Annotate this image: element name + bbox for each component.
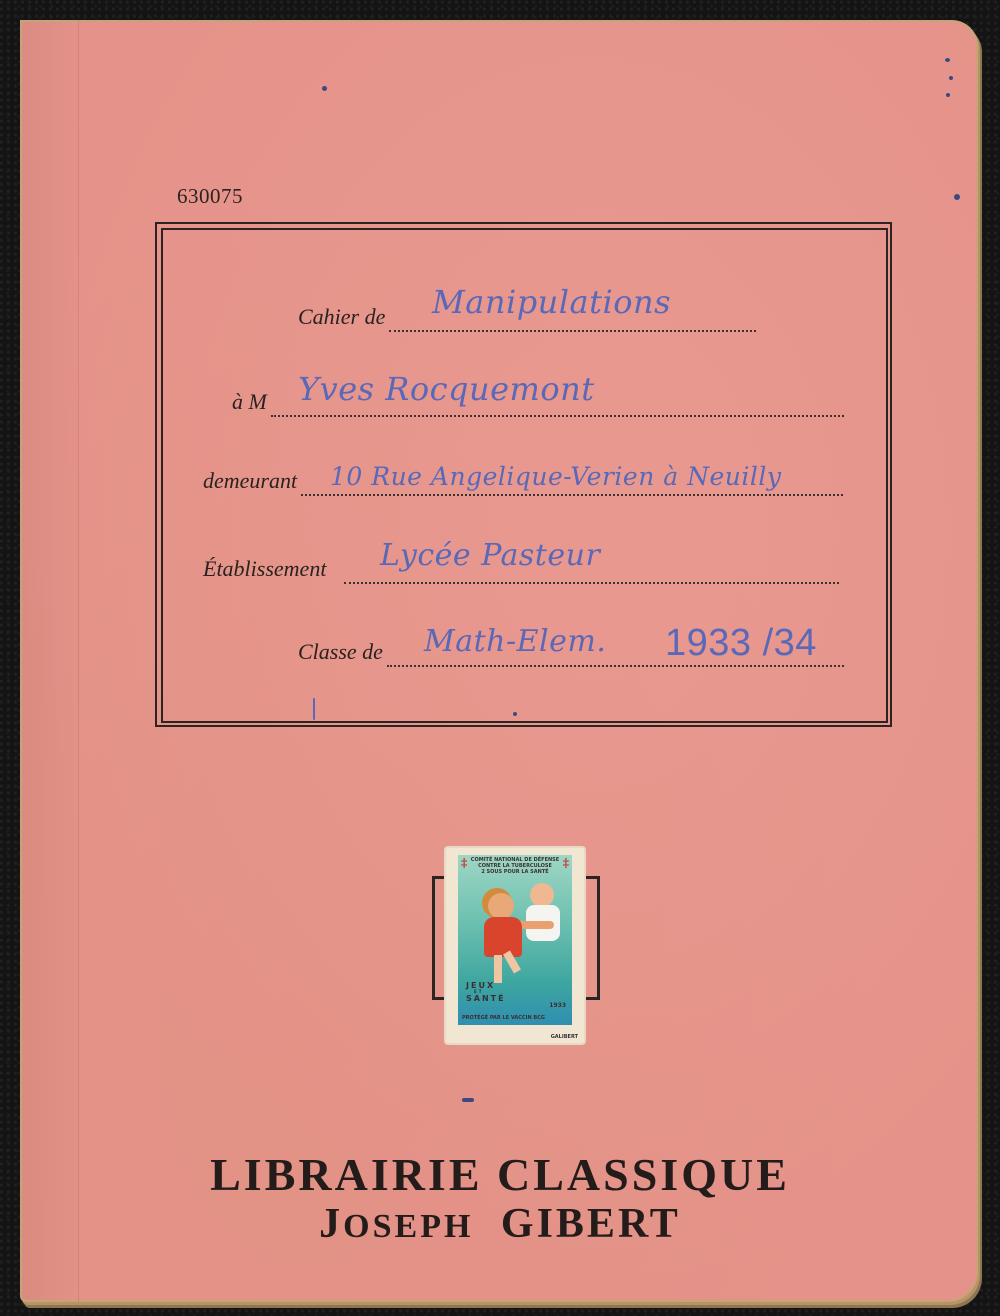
field-school-label: Établissement [203,556,326,584]
publisher-line-1: LIBRAIRIE CLASSIQUE [0,1148,1000,1201]
spine-crease [78,20,79,1302]
ink-spot [954,194,960,200]
dotted-line [344,572,839,584]
stamp-year: 1933 [549,1002,566,1009]
field-class-year: 1933 /34 [665,622,817,665]
ink-spot [462,1098,474,1102]
serial-number: 630075 [177,184,243,209]
stamp-title-line: JEUX [466,981,506,990]
field-class-label: Classe de [298,639,383,667]
field-cahier-label: Cahier de [298,304,385,332]
ink-spot [322,86,327,91]
stamp-illustration: ‡ ‡ COMITÉ NATIONAL DE DÉFENSE CONTRE LA… [458,855,572,1025]
stamp-artist: GALIBERT [551,1034,578,1040]
publisher-last: GIBERT [501,1201,681,1247]
publisher-first-initial: J [319,1201,343,1247]
charity-stamp: ‡ ‡ COMITÉ NATIONAL DE DÉFENSE CONTRE LA… [446,848,584,1043]
stamp-footer: PROTÉGÉ PAR LE VACCIN BCG [462,1015,545,1021]
child-figure-icon [480,893,530,981]
field-address-value: 10 Rue Angelique-Verien à Neuilly [330,462,781,491]
ink-spot [945,58,950,62]
field-class-value: Math-Elem. [424,624,606,659]
dotted-line [389,320,756,332]
child-figure-icon [524,883,568,967]
publisher-first-rest: OSEPH [343,1208,473,1245]
publisher-line-2: JOSEPH GIBERT [0,1200,1000,1248]
ink-spot [946,93,950,97]
ink-spot [949,76,953,80]
stamp-header-line: 2 SOUS POUR LA SANTÉ [458,869,572,875]
stamp-title-line: SANTÉ [466,994,506,1003]
field-owner-label: à M [232,389,267,417]
field-cahier-value: Manipulations [432,283,671,321]
field-owner-value: Yves Rocquemont [298,370,595,408]
field-address-label: demeurant [203,468,297,496]
stamp-header: COMITÉ NATIONAL DE DÉFENSE CONTRE LA TUB… [458,857,572,875]
stamp-title: JEUX ET SANTÉ [466,981,506,1003]
field-school-value: Lycée Pasteur [380,538,600,573]
